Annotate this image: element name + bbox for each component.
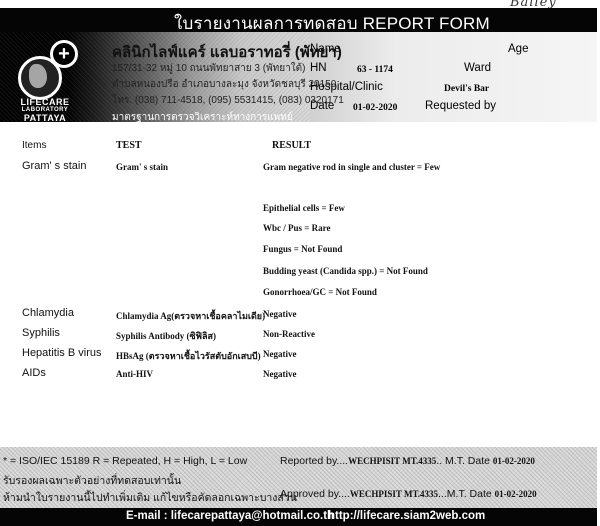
item-aids: AIDs [22,367,46,379]
lab-address-line-1: 157/31-32 หมู่ 10 ถนนพัทยาสาย 3 (พัทยาใต… [112,61,305,76]
copy-restriction-note: ห้ามนำใบรายงานนี้ไปทำเพิ่มเติม แก้ไขหรือ… [3,489,297,506]
certification-note: รับรองผลเฉพาะตัวอย่างที่ทดสอบเท่านั้น [3,472,181,489]
item-hepatitis-b: Hepatitis B virus [22,347,101,359]
logo-line-3: PATTAYA [14,114,76,122]
test-column-header: TEST [116,140,142,151]
result-gonorrhoea: Gonorrhoea/GC = Not Found [263,287,377,297]
reported-by-label: Reported by.... [280,455,348,467]
result-column-header: RESULT [272,140,311,151]
reported-date: 01-02-2020 [493,456,535,466]
requested-by-label: Requested by [425,100,496,112]
result-hepatitis-b: Negative [263,349,297,359]
hospital-value: Devil's Bar [444,84,489,94]
lifecare-logo: + LIFECARE LABORATORY PATTAYA [6,38,96,122]
reported-by-value: WECHPISIT MT.4335 [348,456,436,466]
reported-mt-label: .. M.T. Date [436,455,490,467]
items-column-header: Items [22,140,46,151]
test-chlamydia: Chlamydia Ag(ตรวจหาเชื้อคลาไมเดีย) [116,309,265,323]
test-aids: Anti-HIV [116,369,153,379]
result-epithelial: Epithelial cells = Few [263,203,345,213]
test-hepatitis-b: HBsAg (ตรวจหาเชื้อไวรัสตับอักเสบบี) [116,349,261,363]
approved-by-label: Approved by.... [280,488,350,500]
contact-email: E-mail : lifecarepattaya@hotmail.co.th [126,510,334,522]
lab-address-line-2: ตำบลหนองปรือ อำเภอบางละมุง จังหวัดชลบุรี… [112,77,336,92]
reported-by: Reported by....WECHPISIT MT.4335.. M.T. … [280,455,535,467]
lab-standard-line: มาตรฐานการตรวจวิเคราะห์ทางการแพทย์ [112,110,293,125]
contact-bar: E-mail : lifecarepattaya@hotmail.co.th h… [0,508,597,526]
item-gram-stain: Gram' s stain [22,160,86,172]
logo-text: LIFECARE LABORATORY PATTAYA [14,98,76,122]
result-syphilis: Non-Reactive [263,329,315,339]
logo-line-1: LIFECARE [14,98,76,106]
result-wbc: Wbc / Pus = Rare [263,223,330,233]
item-syphilis: Syphilis [22,327,60,339]
date-value: 01-02-2020 [353,103,397,113]
ward-label: Ward [464,62,491,74]
approved-by-value: WECHPISIT MT.4335 [350,489,438,499]
result-aids: Negative [263,369,297,379]
item-chlamydia: Chlamydia [22,307,74,319]
legend-text: * = ISO/IEC 15189 R = Repeated, H = High… [3,455,247,467]
approved-mt-label: ...M.T. Date [438,488,492,500]
test-syphilis: Syphilis Antibody (ซิฟิลิส) [116,329,216,343]
contact-website: http://lifecare.siam2web.com [328,510,485,522]
test-gram-stain: Gram' s stain [116,162,168,172]
result-chlamydia: Negative [263,309,297,319]
result-budding-yeast: Budding yeast (Candida spp.) = Not Found [263,266,428,276]
title-bar: ใบรายงานผลการทดสอบ REPORT FORM [0,8,597,32]
result-fungus: Fungus = Not Found [263,244,342,254]
result-gram-negative: Gram negative rod in single and cluster … [263,162,440,172]
age-label: Age [508,43,528,55]
medical-cross-icon: + [50,40,78,68]
approved-by: Approved by....WECHPISIT MT.4335...M.T. … [280,488,537,500]
lab-phone-line: โทร. (038) 711-4518, (095) 5531415, (083… [112,93,344,108]
hn-value: 63 - 1174 [357,65,393,75]
approved-date: 01-02-2020 [495,489,537,499]
